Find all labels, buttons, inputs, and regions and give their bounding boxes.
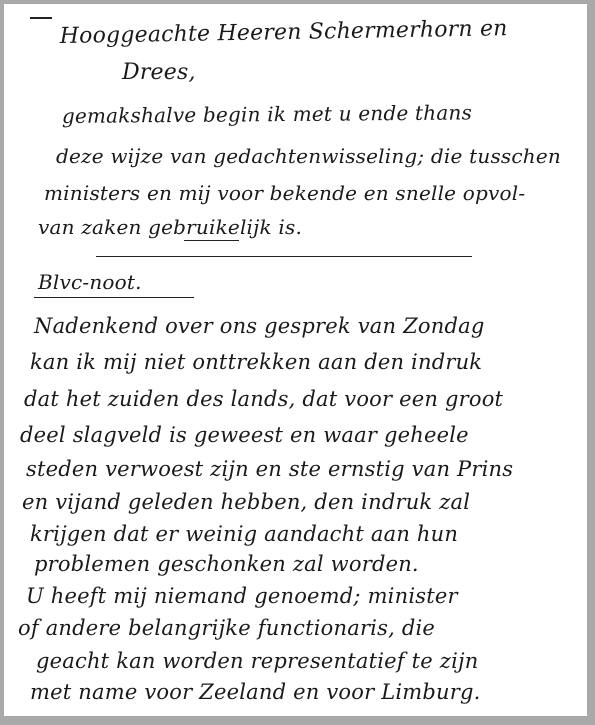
- body-line-10: of andere belangrijke functionaris, die: [18, 616, 435, 640]
- intro-line-3: ministers en mij voor bekende en snelle …: [44, 181, 525, 205]
- separator-rule: [96, 256, 472, 257]
- body-line-6: en vijand geleden hebben, den indruk zal: [22, 490, 470, 514]
- body-line-3: dat het zuiden des lands, dat voor een g…: [24, 387, 503, 411]
- heading-underline: [34, 297, 194, 298]
- body-line-12: met name voor Zeeland en voor Limburg.: [30, 680, 481, 704]
- letter-page: Hooggeachte Heeren Schermerhorn en Drees…: [4, 4, 587, 716]
- body-line-7: krijgen dat er weinig aandacht aan hun: [30, 522, 458, 546]
- body-line-1: Nadenkend over ons gesprek van Zondag: [34, 314, 484, 338]
- salutation-line-2: Drees,: [122, 60, 196, 85]
- intro-line-2: deze wijze van gedachtenwisseling; die t…: [56, 144, 561, 168]
- corner-mark: [30, 17, 52, 19]
- section-heading: Blvc-noot.: [38, 270, 142, 294]
- body-line-4: deel slagveld is geweest en waar geheele: [20, 423, 469, 447]
- intro-line-4: van zaken gebruikelijk is.: [38, 215, 302, 239]
- body-line-5: steden verwoest zijn en ste ernstig van …: [26, 457, 513, 481]
- body-line-2: kan ik mij niet onttrekken aan den indru…: [30, 350, 482, 374]
- underline-gebruikelijk: [184, 240, 239, 241]
- salutation-line-1: Hooggeachte Heeren Schermerhorn en: [60, 16, 508, 49]
- intro-line-1: gemakshalve begin ik met u ende thans: [62, 100, 472, 128]
- body-line-11: geacht kan worden representatief te zijn: [36, 649, 478, 673]
- body-line-9: U heeft mij niemand genoemd; minister: [26, 584, 458, 608]
- body-line-8: problemen geschonken zal worden.: [34, 552, 419, 576]
